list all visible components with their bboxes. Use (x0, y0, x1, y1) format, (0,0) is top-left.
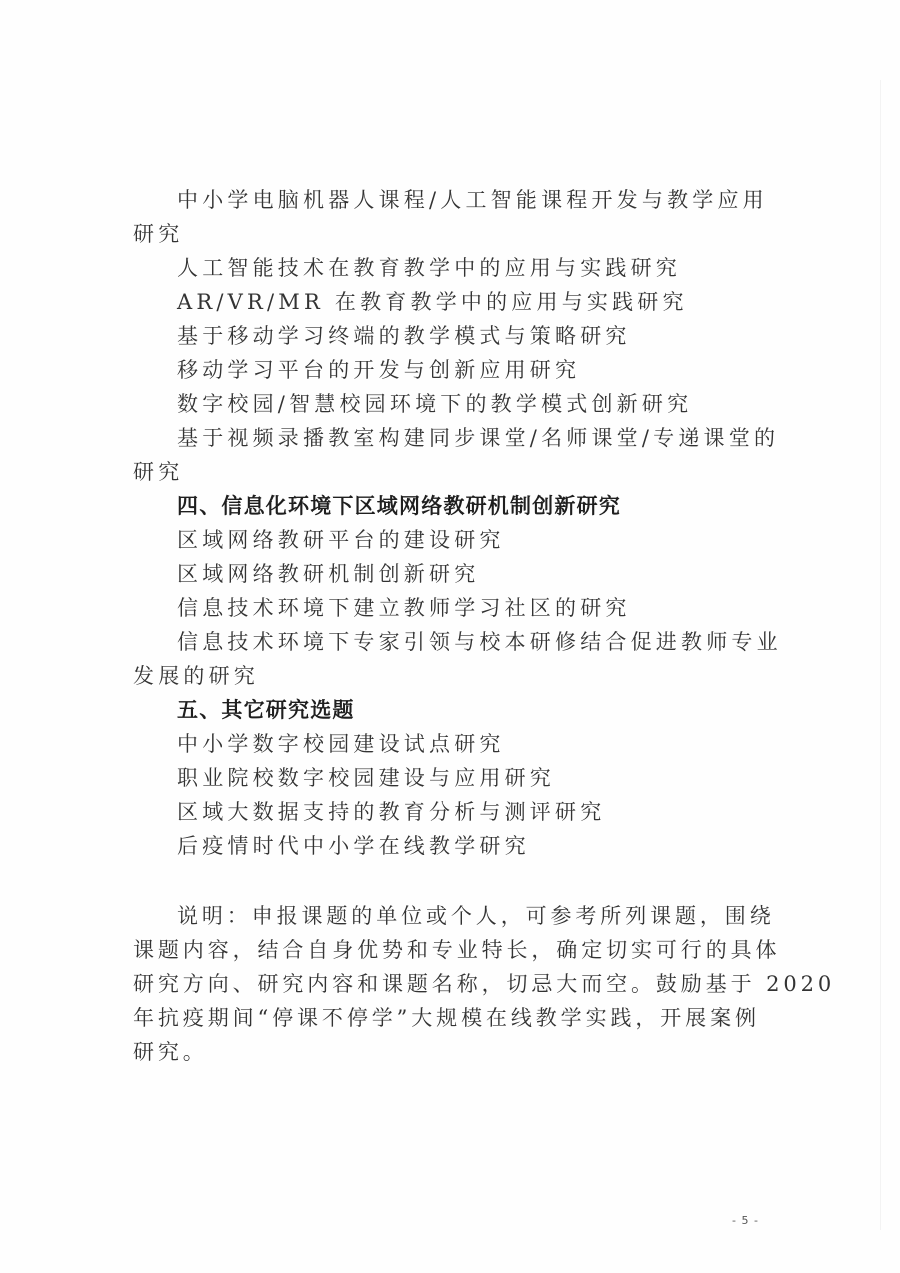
topic-item: 职业院校数字校园建设与应用研究 (133, 761, 743, 795)
topic-item: 基于移动学习终端的教学模式与策略研究 (133, 319, 743, 353)
topic-item: 区域网络教研平台的建设研究 (133, 523, 743, 557)
section-5: 五、其它研究选题 中小学数字校园建设试点研究 职业院校数字校园建设与应用研究 区… (133, 693, 743, 863)
topic-item: 区域网络教研机制创新研究 (133, 557, 743, 591)
document-body: 中小学电脑机器人课程/人工智能课程开发与教学应用 研究 人工智能技术在教育教学中… (133, 183, 743, 1069)
topic-item: 数字校园/智慧校园环境下的教学模式创新研究 (133, 387, 743, 421)
note-line: 说明：申报课题的单位或个人，可参考所列课题，围绕 (133, 899, 743, 933)
topic-item-continuation: 发展的研究 (133, 659, 743, 693)
topic-item: AR/VR/MR 在教育教学中的应用与实践研究 (133, 285, 743, 319)
topic-item: 信息技术环境下建立教师学习社区的研究 (133, 591, 743, 625)
section-3-topic-list: 中小学电脑机器人课程/人工智能课程开发与教学应用 研究 人工智能技术在教育教学中… (133, 183, 743, 489)
note-paragraph: 说明：申报课题的单位或个人，可参考所列课题，围绕 课题内容，结合自身优势和专业特… (133, 899, 743, 1069)
topic-item: 信息技术环境下专家引领与校本研修结合促进教师专业 (133, 625, 743, 659)
topic-item: 中小学电脑机器人课程/人工智能课程开发与教学应用 (133, 183, 743, 217)
section-5-heading: 五、其它研究选题 (133, 693, 743, 727)
section-4: 四、信息化环境下区域网络教研机制创新研究 区域网络教研平台的建设研究 区域网络教… (133, 489, 743, 693)
page-number: - 5 - (732, 1214, 759, 1227)
note-line: 年抗疫期间“停课不停学”大规模在线教学实践，开展案例 (133, 1001, 743, 1035)
note-line: 研究。 (133, 1035, 743, 1069)
topic-item: 中小学数字校园建设试点研究 (133, 727, 743, 761)
section-4-heading: 四、信息化环境下区域网络教研机制创新研究 (133, 489, 743, 523)
topic-item-continuation: 研究 (133, 217, 743, 251)
topic-item: 基于视频录播教室构建同步课堂/名师课堂/专递课堂的 (133, 421, 743, 455)
topic-item: 移动学习平台的开发与创新应用研究 (133, 353, 743, 387)
topic-item: 后疫情时代中小学在线教学研究 (133, 829, 743, 863)
note-line: 研究方向、研究内容和课题名称，切忌大而空。鼓励基于 2020 (133, 967, 743, 1001)
topic-item: 区域大数据支持的教育分析与测评研究 (133, 795, 743, 829)
note-line: 课题内容，结合自身优势和专业特长，确定切实可行的具体 (133, 933, 743, 967)
document-page: 中小学电脑机器人课程/人工智能课程开发与教学应用 研究 人工智能技术在教育教学中… (0, 0, 900, 1273)
topic-item-continuation: 研究 (133, 455, 743, 489)
scan-edge-divider (880, 80, 881, 1230)
paragraph-gap (133, 863, 743, 899)
topic-item: 人工智能技术在教育教学中的应用与实践研究 (133, 251, 743, 285)
